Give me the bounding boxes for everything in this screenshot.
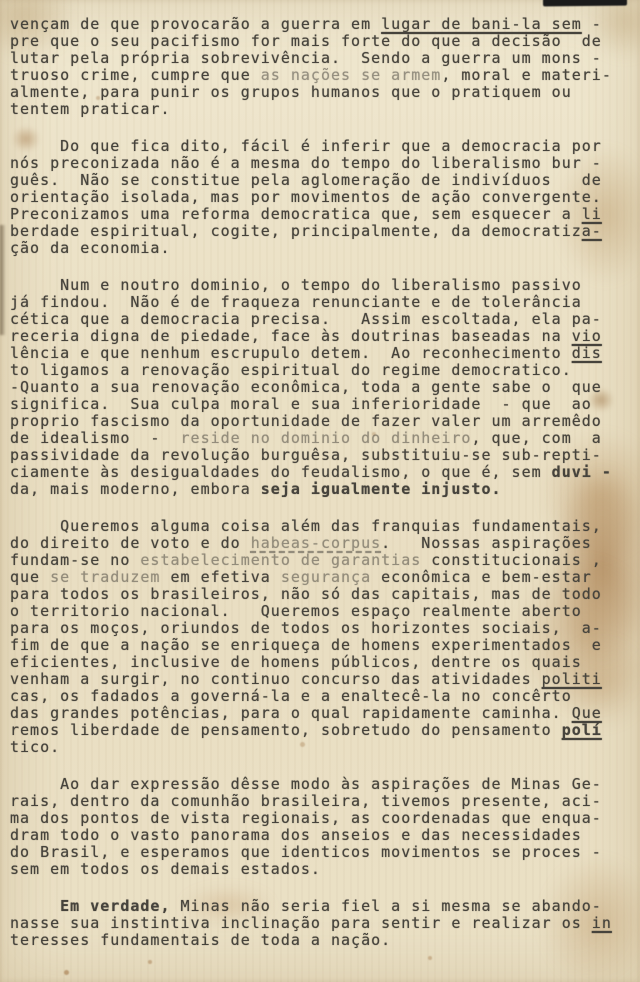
paper-speck xyxy=(148,960,152,964)
text-segment: lência e que nenhum escrupulo detem. Ao … xyxy=(10,344,572,362)
text-segment: li xyxy=(582,205,602,223)
text-segment: receria digna de piedade, face às doutri… xyxy=(10,327,572,345)
text-line: guês. Não se constitue pela aglomeração … xyxy=(10,172,634,189)
text-line: almente, para punir os grupos humanos qu… xyxy=(10,84,634,101)
text-segment: Ao dar expressão dêsse modo às aspiraçõe… xyxy=(10,775,602,793)
text-line: tentem praticar. xyxy=(10,101,634,118)
paragraph: vençam de que provocarão a guerra em lug… xyxy=(10,16,634,118)
text-segment: Queremos alguma coisa além das franquias… xyxy=(10,517,602,535)
text-segment: já findou. Não é de fraqueza renunciante… xyxy=(10,293,582,311)
text-line: fim de que a nação se enriqueça de homen… xyxy=(10,637,634,654)
text-segment: constitucionais , xyxy=(421,551,602,569)
text-segment: , moral e materi- xyxy=(441,66,612,84)
text-segment: truoso crime, cumpre que xyxy=(10,66,261,84)
text-segment: vio xyxy=(572,327,602,345)
text-line: passividade da revolução burguêsa, subst… xyxy=(10,447,634,464)
paragraph: Queremos alguma coisa além das franquias… xyxy=(10,518,634,756)
text-segment: o territorio nacional. Queremos espaço r… xyxy=(10,602,582,620)
text-segment: da, mais moderno, embora xyxy=(10,480,261,498)
text-line: cética que a democracia precisa. Assim e… xyxy=(10,311,634,328)
text-segment: para os moços, oriundos de todos os hori… xyxy=(10,619,602,637)
text-line: que se traduzem em efetiva segurança eco… xyxy=(10,569,634,586)
text-segment: venham a surgir, no continuo concurso da… xyxy=(10,670,542,688)
text-line: orientação isolada, mas por movimentos d… xyxy=(10,189,634,206)
text-segment: dram todo o vasto panorama dos anseios e… xyxy=(10,826,582,844)
text-line: eficientes, inclusive de homens públicos… xyxy=(10,654,634,671)
scan-edge-shadow xyxy=(0,225,6,335)
text-segment: reside no dominio do dinheiro xyxy=(181,429,472,447)
text-segment: significa. Sua culpa moral e sua inferio… xyxy=(10,395,592,413)
text-line: ção da economia. xyxy=(10,240,634,257)
text-segment: cas, os fadados a governá-la e a enaltec… xyxy=(10,687,572,705)
text-line: berdade espiritual, cogite, principalmen… xyxy=(10,223,634,240)
text-line: tico. xyxy=(10,739,634,756)
paper-speck xyxy=(64,970,69,975)
text-line: das grandes potências, para o qual rapid… xyxy=(10,705,634,722)
text-segment: fim de que a nação se enriqueça de homen… xyxy=(10,636,602,654)
text-segment: se traduzem xyxy=(50,568,160,586)
text-line: nós preconizada não é a mesma do tempo d… xyxy=(10,155,634,172)
paragraph: Em verdade, Minas não seria fiel a si me… xyxy=(10,898,634,949)
text-line: do Brasil, e esperamos que identicos mov… xyxy=(10,844,634,861)
text-line: o territorio nacional. Queremos espaço r… xyxy=(10,603,634,620)
text-segment: - xyxy=(582,15,602,33)
ink-mark xyxy=(543,0,627,6)
text-segment: segurança xyxy=(281,568,371,586)
text-segment: nasse sua instintiva inclinação para sen… xyxy=(10,914,592,932)
text-segment: do direito de voto e do xyxy=(10,534,251,552)
text-line: dram todo o vasto panorama dos anseios e… xyxy=(10,827,634,844)
text-line: fundam-se no estabelecimento de garantia… xyxy=(10,552,634,569)
text-segment: ciamente às desigualdades do feudalismo,… xyxy=(10,463,552,481)
text-segment: de idealismo - xyxy=(10,429,181,447)
text-segment: rais, dentro da comunhão brasileira, tiv… xyxy=(10,792,602,810)
text-segment: estabelecimento de garantias xyxy=(140,551,421,569)
text-segment: econômica e bem-estar xyxy=(371,568,592,586)
text-segment: teresses fundamentais de toda a nação. xyxy=(10,931,391,949)
scanned-typewritten-page: vençam de que provocarão a guerra em lug… xyxy=(0,0,640,982)
text-line: para os moços, oriundos de todos os hori… xyxy=(10,620,634,637)
text-segment: a- xyxy=(582,222,602,240)
text-line: to ligamos a renovação espiritual do reg… xyxy=(10,362,634,379)
text-line: ciamente às desigualdades do feudalismo,… xyxy=(10,464,634,481)
text-segment: em efetiva xyxy=(160,568,280,586)
text-segment: que xyxy=(10,568,50,586)
text-segment: fundam-se no xyxy=(10,551,140,569)
text-line: Num e noutro dominio, o tempo do liberal… xyxy=(10,277,634,294)
document-text: vençam de que provocarão a guerra em lug… xyxy=(10,16,634,949)
text-segment: proprio fascismo da oportunidade de faze… xyxy=(10,412,602,430)
text-segment: orientação isolada, mas por movimentos d… xyxy=(10,188,602,206)
text-segment: Minas não seria fiel a si mesma se aband… xyxy=(171,897,602,915)
text-segment: ção da economia. xyxy=(10,239,171,257)
text-segment: nós preconizada não é a mesma do tempo d… xyxy=(10,154,602,172)
text-segment: do Brasil, e esperamos que identicos mov… xyxy=(10,843,602,861)
text-segment: politi xyxy=(542,670,602,688)
text-line: proprio fascismo da oportunidade de faze… xyxy=(10,413,634,430)
text-segment: Num e noutro dominio, o tempo do liberal… xyxy=(10,276,582,294)
text-line: Em verdade, Minas não seria fiel a si me… xyxy=(10,898,634,915)
text-segment: . Nossas aspirações xyxy=(381,534,592,552)
text-segment: ma dos pontos de vista regionais, as coo… xyxy=(10,809,602,827)
text-segment: Que xyxy=(572,704,602,722)
text-line: da, mais moderno, embora seja igualmente… xyxy=(10,481,634,498)
text-line: ma dos pontos de vista regionais, as coo… xyxy=(10,810,634,827)
text-segment: lutar pela própria sobrevivência. Sendo … xyxy=(10,49,602,67)
text-segment: dis xyxy=(572,344,602,362)
text-line: significa. Sua culpa moral e sua inferio… xyxy=(10,396,634,413)
text-segment: pre que o seu pacifismo for mais forte d… xyxy=(10,32,602,50)
text-segment: tentem praticar. xyxy=(10,100,171,118)
text-segment: seja igualmente injusto. xyxy=(261,480,502,498)
text-line: venham a surgir, no continuo concurso da… xyxy=(10,671,634,688)
text-line: cas, os fadados a governá-la e a enaltec… xyxy=(10,688,634,705)
text-line: receria digna de piedade, face às doutri… xyxy=(10,328,634,345)
text-segment: lugar de bani-la sem xyxy=(381,15,582,33)
text-segment: tico. xyxy=(10,738,60,756)
text-line: Preconizamos uma reforma democratica que… xyxy=(10,206,634,223)
text-line: sem em todos os demais estados. xyxy=(10,861,634,878)
text-segment: cética que a democracia precisa. Assim e… xyxy=(10,310,602,328)
text-line: truoso crime, cumpre que as nações se ar… xyxy=(10,67,634,84)
paragraph: Do que fica dito, fácil é inferir que a … xyxy=(10,138,634,257)
paper-speck xyxy=(428,956,432,960)
text-line: rais, dentro da comunhão brasileira, tiv… xyxy=(10,793,634,810)
text-line: de idealismo - reside no dominio do dinh… xyxy=(10,430,634,447)
text-segment: in xyxy=(592,914,612,932)
text-line: pre que o seu pacifismo for mais forte d… xyxy=(10,33,634,50)
text-line: -Quanto a sua renovação econômica, toda … xyxy=(10,379,634,396)
text-segment: , que, com a xyxy=(471,429,601,447)
text-segment: almente, para punir os grupos humanos qu… xyxy=(10,83,572,101)
text-segment: guês. Não se constitue pela aglomeração … xyxy=(10,171,602,189)
text-line: para todos os brasileiros, não só das ca… xyxy=(10,586,634,603)
text-segment: -Quanto a sua renovação econômica, toda … xyxy=(10,378,602,396)
text-segment: berdade espiritual, cogite, principalmen… xyxy=(10,222,582,240)
paragraph: Num e noutro dominio, o tempo do liberal… xyxy=(10,277,634,498)
text-segment xyxy=(10,897,60,915)
text-segment: duvi - xyxy=(552,463,612,481)
text-line: nasse sua instintiva inclinação para sen… xyxy=(10,915,634,932)
text-segment: Do que fica dito, fácil é inferir que a … xyxy=(10,137,602,155)
text-line: lutar pela própria sobrevivência. Sendo … xyxy=(10,50,634,67)
text-line: Do que fica dito, fácil é inferir que a … xyxy=(10,138,634,155)
text-segment: para todos os brasileiros, não só das ca… xyxy=(10,585,602,603)
text-segment: Preconizamos uma reforma democratica que… xyxy=(10,205,582,223)
text-segment: das grandes potências, para o qual rapid… xyxy=(10,704,572,722)
text-segment: eficientes, inclusive de homens públicos… xyxy=(10,653,582,671)
text-line: remos liberdade de pensamento, sobretudo… xyxy=(10,722,634,739)
text-segment: to ligamos a renovação espiritual do reg… xyxy=(10,361,572,379)
paragraph: Ao dar expressão dêsse modo às aspiraçõe… xyxy=(10,776,634,878)
text-segment: sem em todos os demais estados. xyxy=(10,860,321,878)
text-segment: vençam de que provocarão a guerra em xyxy=(10,15,381,33)
text-line: teresses fundamentais de toda a nação. xyxy=(10,932,634,949)
text-line: lência e que nenhum escrupulo detem. Ao … xyxy=(10,345,634,362)
text-line: Queremos alguma coisa além das franquias… xyxy=(10,518,634,535)
text-segment: remos liberdade de pensamento, sobretudo… xyxy=(10,721,562,739)
text-segment: Em verdade, xyxy=(60,897,170,915)
text-segment: habeas-corpus xyxy=(251,534,381,552)
text-segment: as nações se armem xyxy=(261,66,442,84)
text-line: Ao dar expressão dêsse modo às aspiraçõe… xyxy=(10,776,634,793)
text-segment: passividade da revolução burguêsa, subst… xyxy=(10,446,602,464)
text-line: do direito de voto e do habeas-corpus. N… xyxy=(10,535,634,552)
text-line: já findou. Não é de fraqueza renunciante… xyxy=(10,294,634,311)
text-segment: polí xyxy=(562,721,602,739)
text-line: vençam de que provocarão a guerra em lug… xyxy=(10,16,634,33)
